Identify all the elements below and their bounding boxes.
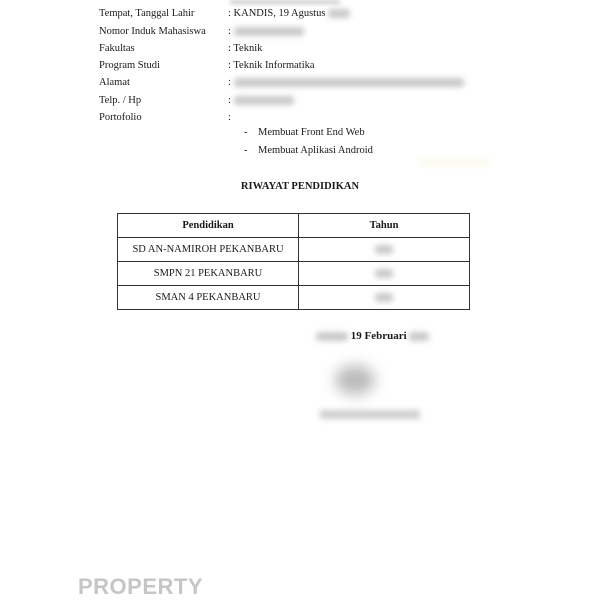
- redacted-value: [328, 9, 350, 18]
- redacted-value: [234, 96, 294, 105]
- school-cell: SMAN 4 PEKANBARU: [118, 286, 299, 310]
- dash: -: [244, 145, 258, 156]
- portfolio-text: Membuat Aplikasi Android: [258, 145, 373, 156]
- redacted-city: [316, 332, 348, 341]
- field-value: :: [228, 24, 304, 40]
- education-table: Pendidikan Tahun SD AN-NAMIROH PEKANBARU…: [117, 213, 470, 310]
- redacted-value: [234, 78, 464, 87]
- field-value: :: [228, 75, 464, 91]
- dash: -: [244, 127, 258, 138]
- field-value: :: [228, 93, 294, 109]
- portfolio-item: -Membuat Front End Web: [244, 127, 365, 138]
- header-pendidikan: Pendidikan: [118, 214, 299, 238]
- year-cell: [299, 238, 470, 262]
- field-value: : KANDIS, 19 Agustus: [228, 6, 350, 22]
- field-label: Tempat, Tanggal Lahir: [99, 6, 194, 22]
- table-row: SMAN 4 PEKANBARU: [118, 286, 470, 310]
- field-label: Fakultas: [99, 41, 135, 57]
- field-label: Alamat: [99, 75, 130, 91]
- year-cell: [299, 262, 470, 286]
- field-label: Nomor Induk Mahasiswa: [99, 24, 206, 40]
- table-row: SMPN 21 PEKANBARU: [118, 262, 470, 286]
- signature-date: 19 Februari: [316, 330, 429, 342]
- watermark: PROPERTY: [78, 574, 203, 600]
- portfolio-item: -Membuat Aplikasi Android: [244, 145, 373, 156]
- field-label: Portofolio: [99, 110, 142, 126]
- field-value: : Teknik Informatika: [228, 58, 315, 74]
- year-cell: [299, 286, 470, 310]
- scan-artifact: [420, 158, 490, 166]
- redacted-signer-name: [320, 410, 420, 419]
- field-value: : Teknik: [228, 41, 262, 57]
- table-row: SD AN-NAMIROH PEKANBARU: [118, 238, 470, 262]
- field-label: Telp. / Hp: [99, 93, 141, 109]
- redacted-value: [234, 27, 304, 36]
- redacted-header: [230, 0, 340, 4]
- field-label: Program Studi: [99, 58, 160, 74]
- signature-image: [335, 365, 375, 395]
- table-header: Pendidikan Tahun: [118, 214, 470, 238]
- portfolio-text: Membuat Front End Web: [258, 127, 365, 138]
- header-tahun: Tahun: [299, 214, 470, 238]
- section-heading: RIWAYAT PENDIDIKAN: [0, 181, 600, 192]
- redacted-year: [409, 332, 429, 341]
- field-value: :: [228, 110, 231, 126]
- school-cell: SD AN-NAMIROH PEKANBARU: [118, 238, 299, 262]
- date-text: 19 Februari: [351, 330, 407, 342]
- school-cell: SMPN 21 PEKANBARU: [118, 262, 299, 286]
